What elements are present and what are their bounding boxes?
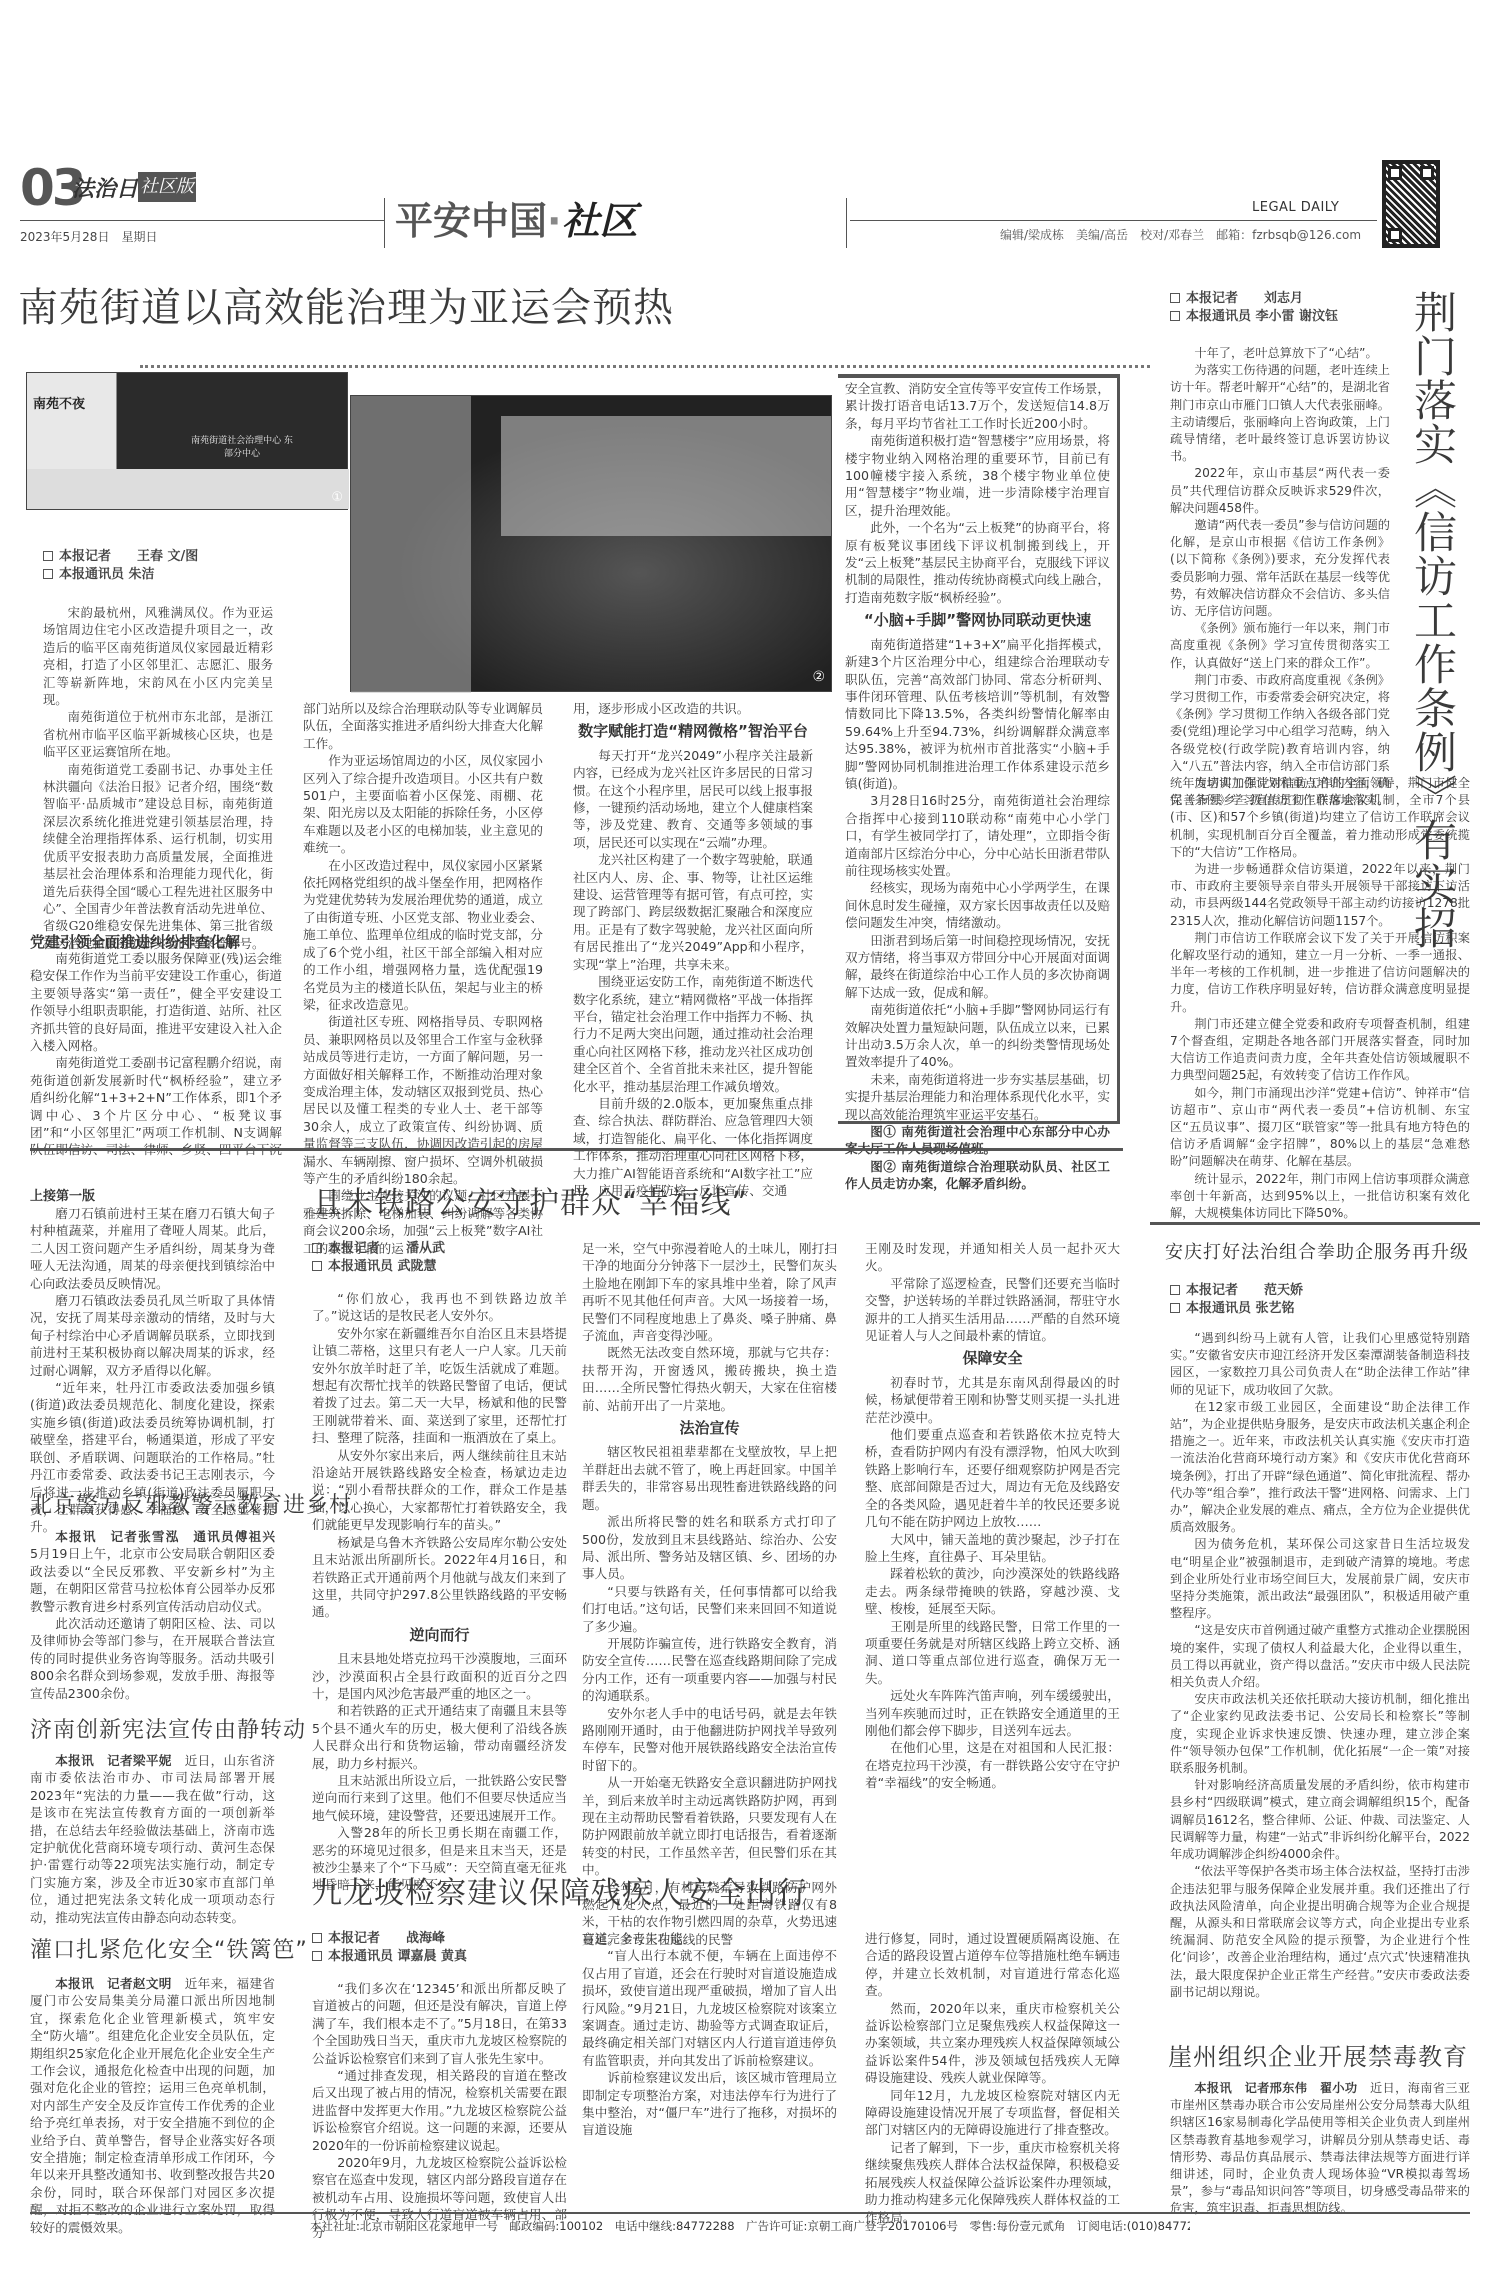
section-title: 平安中国·社区 bbox=[395, 196, 637, 246]
jinan-body: 本报讯 记者梁平妮 近日，山东省济南市委依法治市办、市司法局部署开展2023年“… bbox=[30, 1752, 275, 1926]
lead-bottom-rule bbox=[30, 1148, 1123, 1151]
section-divider-right bbox=[846, 198, 847, 248]
byline-box-icon bbox=[1170, 1285, 1180, 1295]
railway-col3: 王刚及时发现，并通知相关人员一起扑灭大火。 平常除了巡逻检查，民警们还要充当临时… bbox=[865, 1240, 1120, 1792]
anqing-headline: 安庆打好法治组合拳助企服务再升级 bbox=[1165, 1240, 1469, 1266]
anqing-byline: 本报记者 范天娇 本报通讯员 张艺铭 bbox=[1170, 1282, 1303, 1318]
railway-subhead-3: 保障安全 bbox=[865, 1350, 1120, 1367]
photo-visit: ② bbox=[350, 395, 832, 692]
railway-col2: 足一米，空气中弥漫着呛人的土味儿，刚打扫干净的地面分分钟落下一层沙土，民警们灰头… bbox=[582, 1240, 837, 1948]
masthead-rule-left bbox=[20, 220, 385, 221]
byline-box-icon bbox=[312, 1261, 322, 1271]
jiulongpo-col3: 进行修复，同时，通过设置硬质隔离设施、在合适的路段设置占道停车位等措施杜绝车辆违… bbox=[865, 1930, 1120, 2226]
lead-subhead-1: 党建引领全面推进纠纷排查化解 bbox=[30, 931, 280, 952]
lead-subhead-2: 数字赋能打造“精网微格”智治平台 bbox=[573, 723, 813, 740]
photo2-number: ② bbox=[812, 669, 825, 685]
editor-credits: 编辑/梁成栋 美编/高岳 校对/邓春兰 邮箱：fzrbsqb@126.com bbox=[1000, 226, 1361, 243]
lead-col4-body: 安全宣教、消防安全宣传等平安宣传工作场景，累计拨打语音电话13.7万个，发送短信… bbox=[845, 380, 1110, 1193]
byline-box-icon bbox=[43, 551, 53, 561]
railway-subhead-2: 法治宣传 bbox=[582, 1420, 837, 1437]
photo-service-hall: 南苑不夜 南苑街道社会治理中心 东部分中心 ① bbox=[26, 372, 348, 510]
byline-box-icon bbox=[1170, 293, 1180, 303]
lead-headline: 南苑街道以高效能治理为亚运会预热 bbox=[18, 278, 674, 338]
railway-col1: “你们放心，我再也不到铁路边放羊了。”说这话的是牧民老人安外尔。 安外尔家在新疆… bbox=[312, 1290, 567, 1894]
jiulongpo-col1: “我们多次在‘12345’和派出所都反映了盲道被占的问题，但还是没有解决，盲道上… bbox=[312, 1980, 567, 2241]
jumpover-label: 上接第一版 bbox=[30, 1185, 95, 1204]
lead-col1-body: 南苑街道党工委以服务保障亚(残)运会维稳安保工作作为当前平安建设工作重心，街道主… bbox=[30, 950, 282, 1159]
weekday-text: 星期日 bbox=[121, 230, 157, 244]
photo-sign: 南苑不夜 bbox=[33, 393, 85, 412]
yazhou-headline: 崖州组织企业开展禁毒教育 bbox=[1168, 2040, 1468, 2074]
beijing-body: 本报讯 记者张雪泓 通讯员傅祖兴 5月19日上午，北京市公安局联合朝阳区委政法委… bbox=[30, 1528, 275, 1702]
footer-info: 本社社址:北京市朝阳区花家地甲一号 邮政编码:100102 电话中继线:8477… bbox=[310, 2218, 1190, 2234]
byline-box-icon bbox=[312, 1243, 322, 1253]
guankou-headline: 灌口扎紧危化安全“铁篱笆” bbox=[30, 1935, 308, 1967]
byline-box-icon bbox=[312, 1951, 322, 1961]
byline-box-icon bbox=[312, 1933, 322, 1943]
jinan-headline: 济南创新宪法宣传由静转动 bbox=[30, 1715, 306, 1747]
yazhou-body: 本报讯 记者邢东伟 翟小功 近日，海南省三亚市崖州区禁毒办联合市公安局崖州公安分… bbox=[1170, 2080, 1470, 2218]
jiulongpo-byline: 本报记者 战海峰 本报通讯员 谭嘉晨 黄真 bbox=[312, 1930, 467, 1966]
lead-byline: 本报记者 王春 文/图 本报通讯员 朱洁 bbox=[43, 548, 273, 584]
jingmen-body: 十年了，老叶总算放下了“心结”。 为落实工伤待遇的问题，老叶连续上访十年。帮老叶… bbox=[1170, 345, 1390, 809]
dotted-rule bbox=[140, 365, 1150, 369]
railway-headline: 且末铁路公安守护群众“幸福线” bbox=[312, 1182, 748, 1226]
date-text: 2023年5月28日 bbox=[20, 230, 109, 244]
jumpover-body: 磨刀石镇前进村王某在磨刀石镇大甸子村种植蔬菜，并雇用了聋哑人周某。此后，二人因工… bbox=[30, 1205, 275, 1536]
railway-byline: 本报记者 潘从武 本报通讯员 武陇慧 bbox=[312, 1240, 445, 1276]
byline-box-icon bbox=[1170, 311, 1180, 321]
railway-subhead-1: 逆向而行 bbox=[312, 1627, 567, 1644]
section-dot: · bbox=[547, 199, 561, 243]
guankou-body: 本报讯 记者赵文明 近年来，福建省厦门市公安局集美分局灌口派出所因地制宜，探索危… bbox=[30, 1975, 275, 2236]
byline-box-icon bbox=[43, 569, 53, 579]
lead-intro: 宋韵最杭州，风雅满凤仪。作为亚运场馆周边住宅小区改造提升项目之一，改造后的临平区… bbox=[43, 605, 273, 953]
byline-box-icon bbox=[1170, 1303, 1180, 1313]
qr-code-icon[interactable] bbox=[1382, 160, 1440, 248]
anqing-body: “遇到纠纷马上就有人管，让我们心里感觉特别踏实。”安徽省安庆市迎江经济开发区秦潭… bbox=[1170, 1330, 1470, 2001]
lead-col3-body: 用，逐步形成小区改造的共识。 数字赋能打造“精网微格”智治平台 每天打开“龙兴2… bbox=[573, 700, 813, 1199]
jingmen-body-wide: 为切实加强党对信访工作的全面领导，荆门市健全完善市县乡三级信访工作联席会议机制，… bbox=[1170, 775, 1470, 1222]
lead-col2-body: 部门站所以及综合治理联动队等专业调解员队伍，全面落实推进矛盾纠纷大排查大化解工作… bbox=[303, 700, 543, 1257]
photo-caption-1: 图① 南苑街道社会治理中心东部分中心办案大厅工作人员现场值班。 bbox=[845, 1123, 1110, 1158]
lead-subhead-3: “小脑+手脚”警网协同联动更快速 bbox=[845, 612, 1110, 629]
masthead-rule-right bbox=[850, 220, 1377, 221]
masthead: 03 法治日报 社区版 2023年5月28日 星期日 平安中国·社区 LEGAL… bbox=[0, 150, 1500, 260]
english-name: LEGAL DAILY bbox=[1252, 200, 1339, 215]
footer-rule bbox=[30, 2212, 1470, 2214]
section-title-b: 社区 bbox=[561, 198, 637, 243]
jingmen-bottom-rule bbox=[1150, 1222, 1480, 1225]
photo-wall-text: 南苑街道社会治理中心 东部分中心 bbox=[187, 433, 297, 459]
photo-caption-2: 图② 南苑街道综合治理联动队员、社区工作人员走访办案，化解矛盾纠纷。 bbox=[845, 1158, 1110, 1193]
photo1-number: ① bbox=[331, 490, 343, 505]
issue-date: 2023年5月28日 星期日 bbox=[20, 228, 157, 245]
section-divider-left bbox=[384, 198, 385, 248]
beijing-headline: 北京警方反邪教警示教育进乡村 bbox=[30, 1490, 352, 1522]
jiulongpo-col2: 盲道完全丧失功能。 “盲人出行本就不便，车辆在上面违停不仅占用了盲道，还会在行驶… bbox=[582, 1930, 837, 2139]
jiulongpo-headline: 九龙坡检察建议保障残疾人安全出行 bbox=[312, 1872, 808, 1916]
edition-badge: 社区版 bbox=[138, 172, 196, 202]
section-title-a: 平安中国 bbox=[395, 199, 547, 243]
jingmen-byline: 本报记者 刘志月 本报通讯员 李小雷 谢汶钰 bbox=[1170, 290, 1410, 326]
